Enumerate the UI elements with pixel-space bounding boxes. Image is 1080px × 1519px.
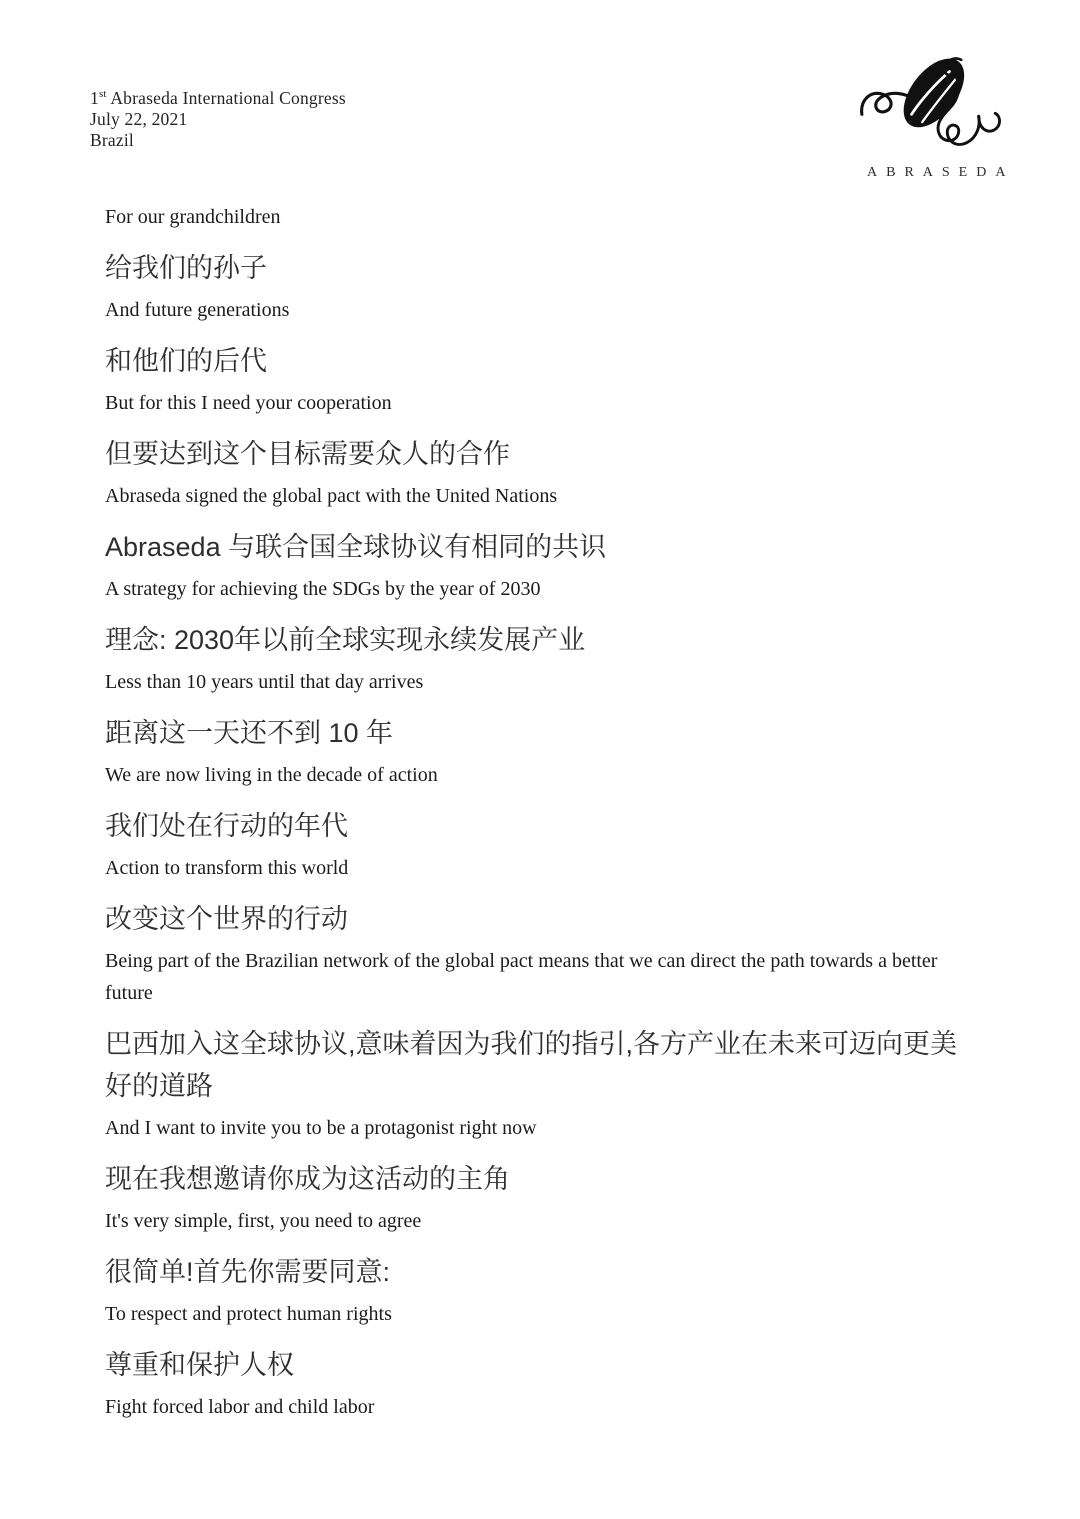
paragraph-zh: 和他们的后代 <box>105 340 973 382</box>
paragraph-zh: 我们处在行动的年代 <box>105 805 973 847</box>
paragraph-zh: 尊重和保护人权 <box>105 1344 973 1386</box>
paragraph-zh: 现在我想邀请你成为这活动的主角 <box>105 1158 973 1200</box>
paragraph-zh: 改变这个世界的行动 <box>105 898 973 940</box>
paragraph-en: But for this I need your cooperation <box>105 387 973 419</box>
paragraph-en: Fight forced labor and child labor <box>105 1391 973 1423</box>
paragraph-en: Abraseda signed the global pact with the… <box>105 480 973 512</box>
abraseda-logo: ABRASEDA <box>858 52 1004 181</box>
paragraph-en: Action to transform this world <box>105 852 973 884</box>
document-header: 1st Abraseda International Congress July… <box>90 88 346 151</box>
paragraph-zh: Abraseda 与联合国全球协议有相同的共识 <box>105 526 973 568</box>
paragraph-en: A strategy for achieving the SDGs by the… <box>105 573 973 605</box>
congress-date: July 22, 2021 <box>90 109 346 130</box>
paragraph-en: And I want to invite you to be a protago… <box>105 1112 973 1144</box>
document-page: 1st Abraseda International Congress July… <box>0 0 1080 1519</box>
paragraph-zh: 给我们的孙子 <box>105 247 973 289</box>
paragraph-en: Less than 10 years until that day arrive… <box>105 666 973 698</box>
paragraph-zh: 距离这一天还不到 10 年 <box>105 712 973 754</box>
logo-wordmark: ABRASEDA <box>867 165 1004 181</box>
paragraph-en: Being part of the Brazilian network of t… <box>105 945 973 1009</box>
congress-country: Brazil <box>90 130 346 151</box>
paragraph-en: It's very simple, first, you need to agr… <box>105 1205 973 1237</box>
paragraph-zh: 但要达到这个目标需要众人的合作 <box>105 433 973 475</box>
silk-cocoon-thread-icon <box>858 52 1004 164</box>
paragraph-zh: 理念: 2030年以前全球实现永续发展产业 <box>105 619 973 661</box>
paragraph-zh: 很简单!首先你需要同意: <box>105 1251 973 1293</box>
document-body: For our grandchildren 给我们的孙子 And future … <box>105 201 973 1437</box>
congress-number: 1 <box>90 88 99 108</box>
paragraph-en: We are now living in the decade of actio… <box>105 759 973 791</box>
congress-title-line: 1st Abraseda International Congress <box>90 88 346 109</box>
paragraph-en: To respect and protect human rights <box>105 1298 973 1330</box>
paragraph-zh: 巴西加入这全球协议,意味着因为我们的指引,各方产业在未来可迈向更美好的道路 <box>105 1023 973 1107</box>
congress-title: Abraseda International Congress <box>107 88 346 108</box>
paragraph-en: And future generations <box>105 294 973 326</box>
paragraph-en: For our grandchildren <box>105 201 973 233</box>
ordinal-suffix: st <box>99 88 107 100</box>
